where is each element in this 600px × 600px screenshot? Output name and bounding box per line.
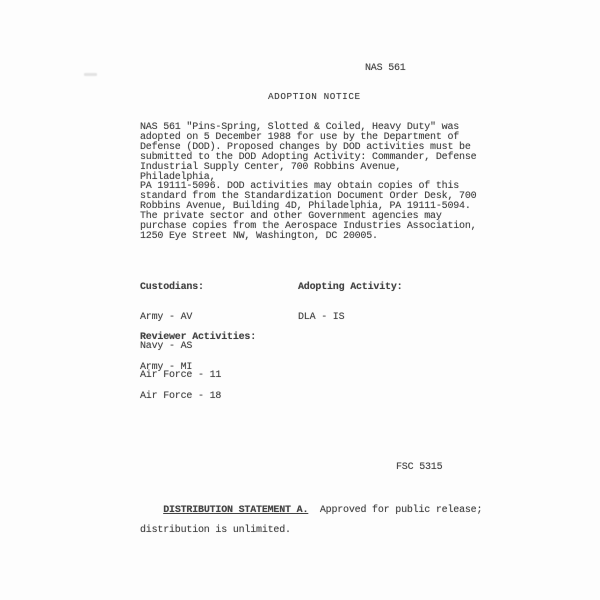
fsc-code: FSC 5315 <box>396 463 442 473</box>
doc-number: NAS 561 <box>365 64 406 74</box>
custodians-heading: Custodians: <box>140 283 204 293</box>
scan-artifact-mark <box>84 73 97 76</box>
adopting-activity-heading: Adopting Activity: <box>298 283 402 293</box>
reviewer-army: Army - MI <box>140 363 221 372</box>
scanned-document-page: NAS 561 ADOPTION NOTICE NAS 561 "Pins-Sp… <box>0 0 600 600</box>
custodian-army: Army - AV <box>140 313 221 322</box>
adopting-activity-list: DLA - IS <box>298 293 344 342</box>
distribution-statement: DISTRIBUTION STATEMENT A. Approved for p… <box>140 496 482 555</box>
reviewer-air-force: Air Force - 18 <box>140 392 221 401</box>
page-title: ADOPTION NOTICE <box>268 92 361 102</box>
adopting-activity-dla: DLA - IS <box>298 313 344 322</box>
distribution-statement-rest: Approved for public release; <box>308 505 482 516</box>
distribution-statement-line2: distribution is unlimited. <box>140 526 482 536</box>
reviewer-activities-list: Army - MI Air Force - 18 <box>140 343 221 421</box>
distribution-statement-lead: DISTRIBUTION STATEMENT A. <box>163 505 308 516</box>
reviewer-activities-heading: Reviewer Activities: <box>140 333 256 343</box>
adoption-notice-paragraph: NAS 561 "Pins-Spring, Slotted & Coiled, … <box>140 123 480 242</box>
